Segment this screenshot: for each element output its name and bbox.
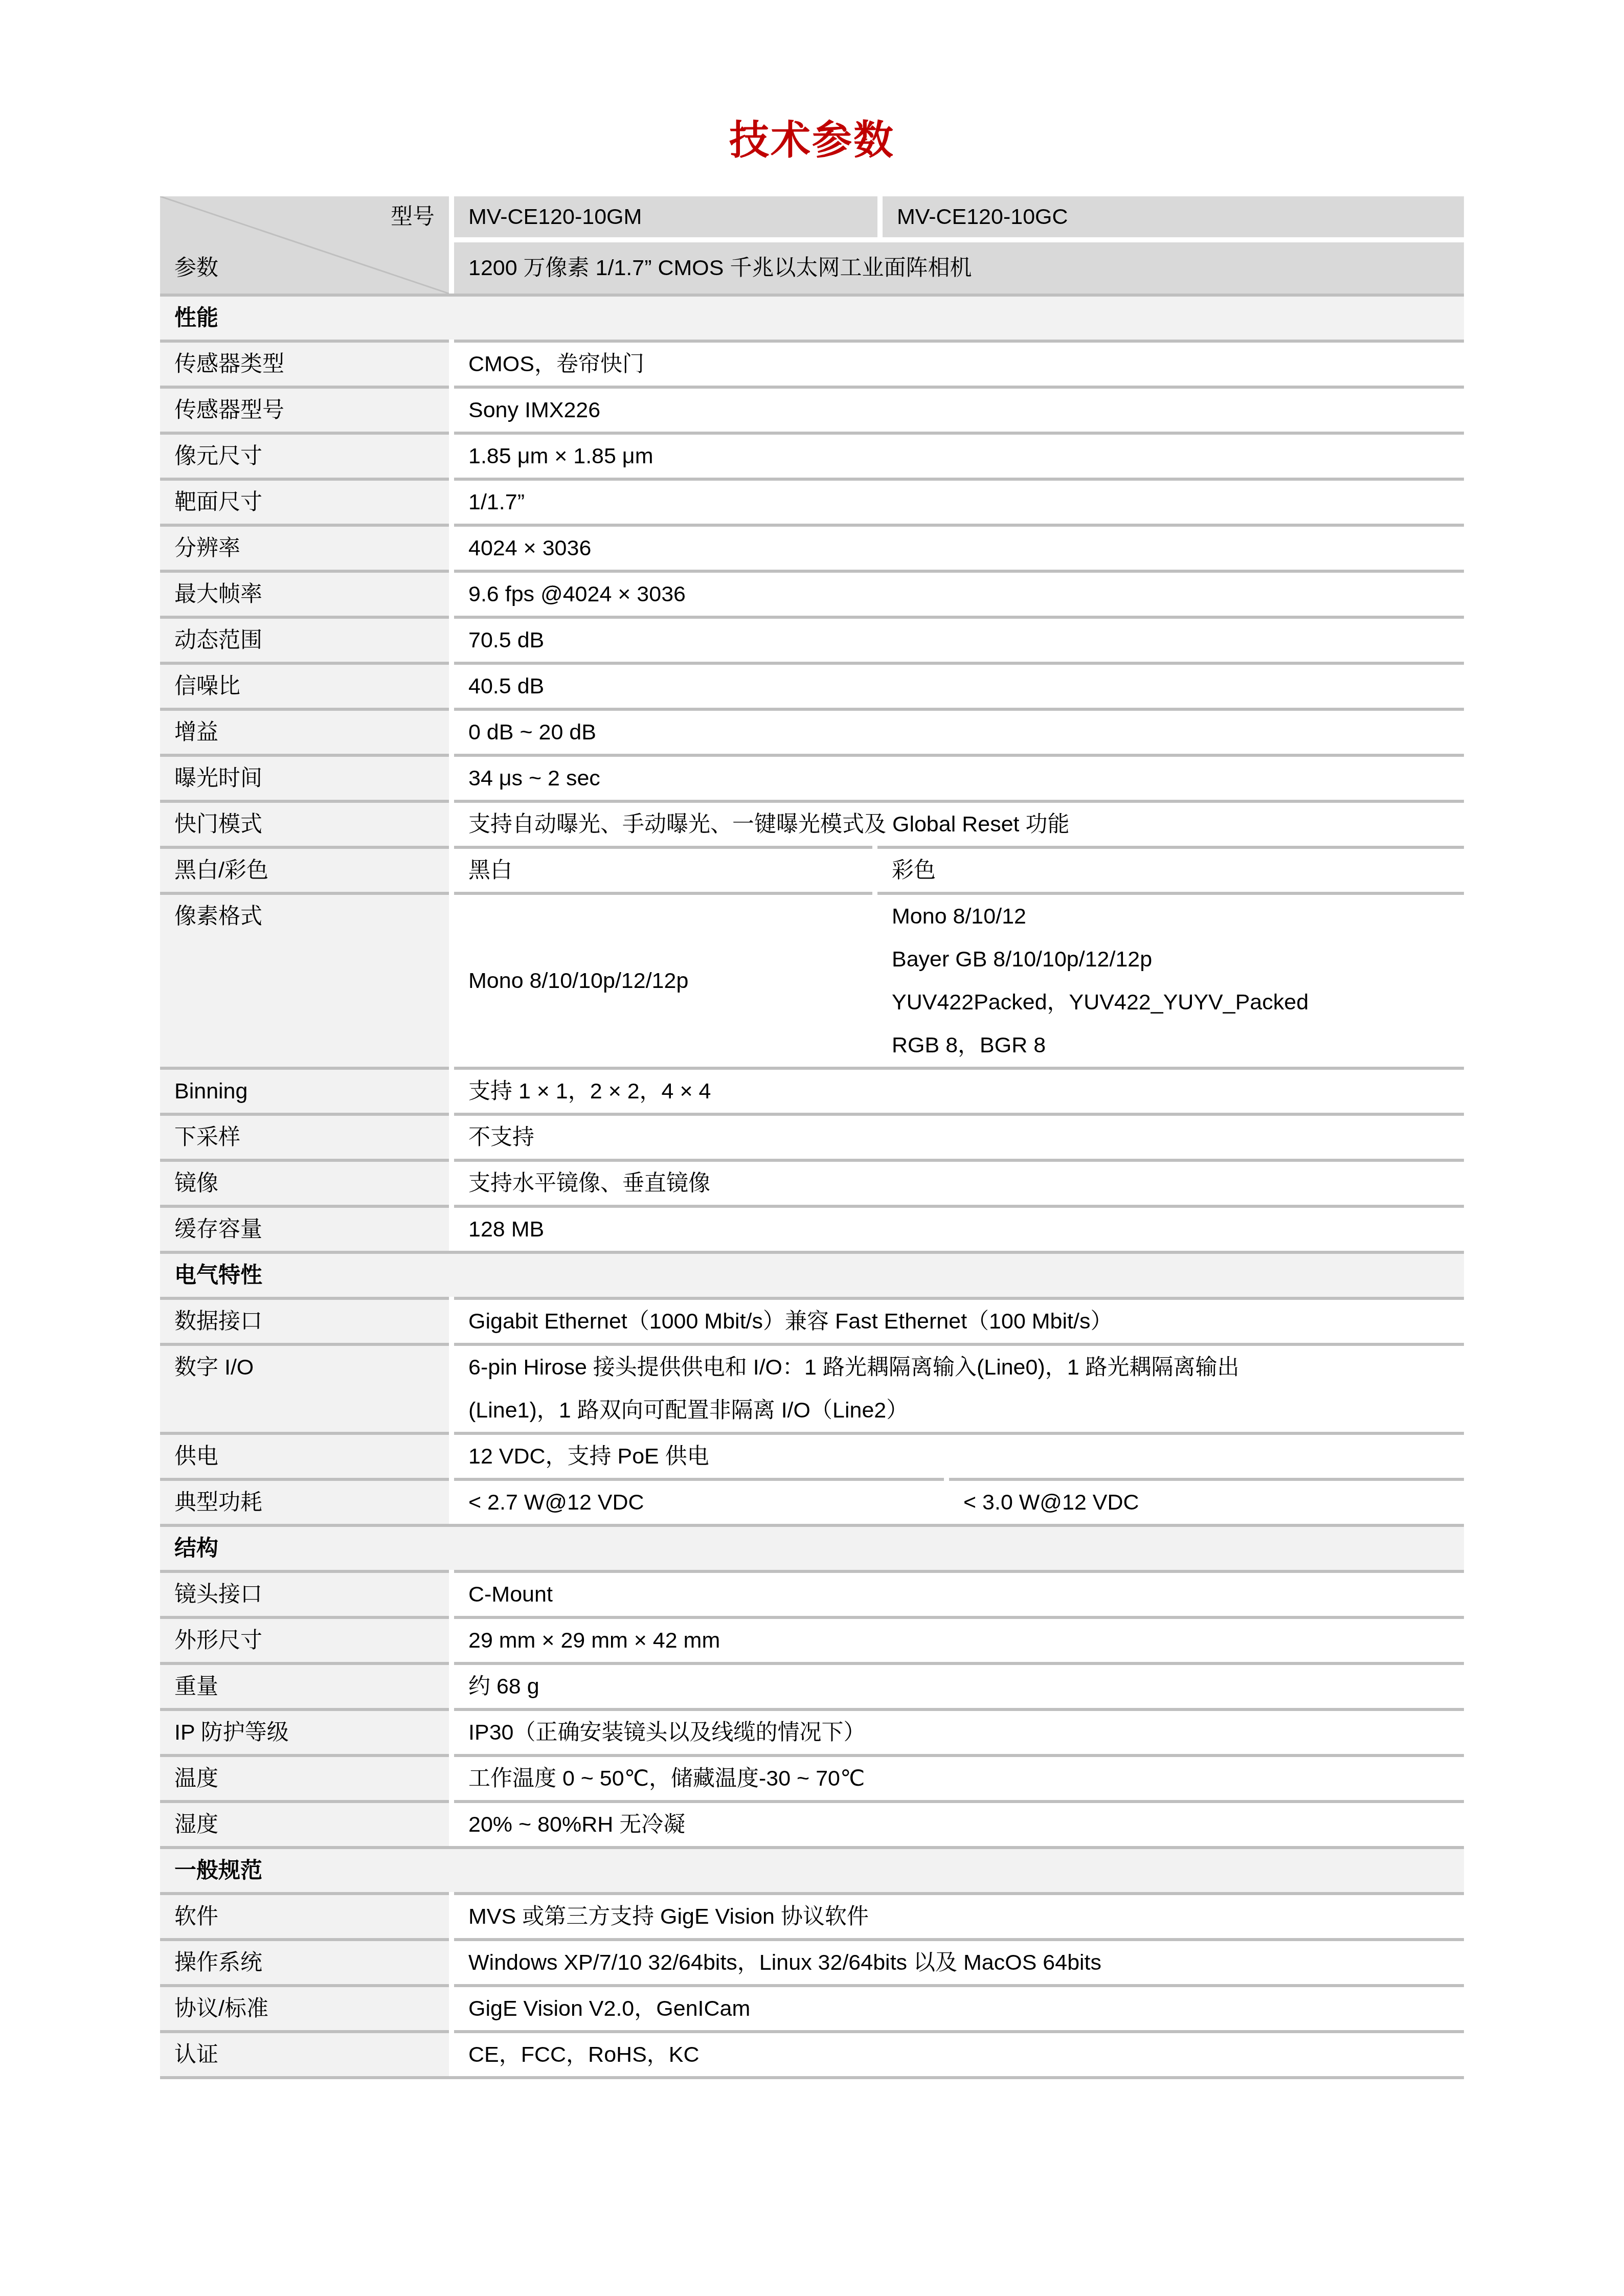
header-corner-cell: 型号 参数 — [160, 196, 449, 294]
section-title: 电气特性 — [160, 1251, 1464, 1297]
row-value-line: RGB 8，BGR 8 — [892, 1024, 1450, 1067]
row-value: 34 μs ~ 2 sec — [454, 754, 1464, 800]
row-label: 温度 — [160, 1754, 449, 1800]
page-title: 技术参数 — [0, 0, 1624, 169]
table-row: 镜像支持水平镜像、垂直镜像 — [160, 1159, 1464, 1205]
table-row: 信噪比40.5 dB — [160, 662, 1464, 708]
row-value-right: < 3.0 W@12 VDC — [949, 1478, 1464, 1524]
row-value: 0 dB ~ 20 dB — [454, 708, 1464, 754]
row-value: 4024 × 3036 — [454, 524, 1464, 570]
spec-table: 型号 参数 MV-CE120-10GM MV-CE120-10GC 1200 万… — [160, 196, 1464, 2079]
row-value-right: 彩色 — [877, 846, 1464, 892]
table-row: 曝光时间34 μs ~ 2 sec — [160, 754, 1464, 800]
row-label: 最大帧率 — [160, 570, 449, 616]
row-label: 快门模式 — [160, 800, 449, 846]
row-value: 70.5 dB — [454, 616, 1464, 662]
row-label: 重量 — [160, 1662, 449, 1708]
model-name-cell-gc: MV-CE120-10GC — [883, 196, 1464, 237]
row-label: 外形尺寸 — [160, 1616, 449, 1662]
row-value: 约 68 g — [454, 1662, 1464, 1708]
row-value: 128 MB — [454, 1205, 1464, 1251]
table-row: 传感器类型CMOS，卷帘快门 — [160, 340, 1464, 386]
row-label: 传感器类型 — [160, 340, 449, 386]
row-value: C-Mount — [454, 1570, 1464, 1616]
row-value-left: 黑白 — [454, 846, 872, 892]
row-value: 29 mm × 29 mm × 42 mm — [454, 1616, 1464, 1662]
row-label: 靶面尺寸 — [160, 478, 449, 524]
row-label: 数字 I/O — [160, 1343, 449, 1432]
row-label: 镜头接口 — [160, 1570, 449, 1616]
table-row: 镜头接口C-Mount — [160, 1570, 1464, 1616]
table-row: 快门模式支持自动曝光、手动曝光、一键曝光模式及 Global Reset 功能 — [160, 800, 1464, 846]
row-label: 湿度 — [160, 1800, 449, 1846]
row-value-line: 6-pin Hirose 接头提供供电和 I/O：1 路光耦隔离输入(Line0… — [468, 1346, 1450, 1389]
row-value: 9.6 fps @4024 × 3036 — [454, 570, 1464, 616]
row-value: 支持自动曝光、手动曝光、一键曝光模式及 Global Reset 功能 — [454, 800, 1464, 846]
table-row: 温度工作温度 0 ~ 50℃，储藏温度-30 ~ 70℃ — [160, 1754, 1464, 1800]
corner-param-label: 参数 — [174, 242, 218, 294]
row-label: 数据接口 — [160, 1297, 449, 1343]
row-value-line: Mono 8/10/12 — [892, 895, 1450, 938]
row-value: Windows XP/7/10 32/64bits，Linux 32/64bit… — [454, 1938, 1464, 1984]
section-title: 性能 — [160, 294, 1464, 340]
table-body: 性能传感器类型CMOS，卷帘快门传感器型号Sony IMX226像元尺寸1.85… — [160, 294, 1464, 2079]
row-label: 认证 — [160, 2030, 449, 2076]
row-value-left: < 2.7 W@12 VDC — [454, 1478, 944, 1524]
row-label: 动态范围 — [160, 616, 449, 662]
section-title: 结构 — [160, 1524, 1464, 1570]
row-value: 40.5 dB — [454, 662, 1464, 708]
table-row: 外形尺寸29 mm × 29 mm × 42 mm — [160, 1616, 1464, 1662]
table-row: 像素格式Mono 8/10/10p/12/12pMono 8/10/12Baye… — [160, 892, 1464, 1067]
table-row: 重量约 68 g — [160, 1662, 1464, 1708]
row-label: 像素格式 — [160, 892, 449, 1067]
row-label: IP 防护等级 — [160, 1708, 449, 1754]
section-title: 一般规范 — [160, 1846, 1464, 1892]
row-value: Sony IMX226 — [454, 386, 1464, 432]
row-value-right: Mono 8/10/12Bayer GB 8/10/10p/12/12pYUV4… — [877, 892, 1464, 1067]
table-row: 下采样不支持 — [160, 1113, 1464, 1159]
row-value: 1.85 μm × 1.85 μm — [454, 432, 1464, 478]
row-value-line: Bayer GB 8/10/10p/12/12p — [892, 938, 1450, 981]
row-value-line: YUV422Packed，YUV422_YUYV_Packed — [892, 981, 1450, 1024]
table-row: 分辨率4024 × 3036 — [160, 524, 1464, 570]
row-label: 典型功耗 — [160, 1478, 449, 1524]
corner-model-label: 型号 — [391, 196, 435, 237]
row-label: 协议/标准 — [160, 1984, 449, 2030]
row-value: CE，FCC，RoHS，KC — [454, 2030, 1464, 2076]
row-value-left: Mono 8/10/10p/12/12p — [454, 892, 872, 1067]
table-row: 传感器型号Sony IMX226 — [160, 386, 1464, 432]
row-value: 工作温度 0 ~ 50℃，储藏温度-30 ~ 70℃ — [454, 1754, 1464, 1800]
table-row: 典型功耗< 2.7 W@12 VDC< 3.0 W@12 VDC — [160, 1478, 1464, 1524]
row-label: 分辨率 — [160, 524, 449, 570]
table-section-row: 电气特性 — [160, 1251, 1464, 1297]
spec-sheet-page: { "page": { "title": "技术参数" }, "colors":… — [0, 0, 1624, 2296]
table-row: 软件MVS 或第三方支持 GigE Vision 协议软件 — [160, 1892, 1464, 1938]
row-label: 像元尺寸 — [160, 432, 449, 478]
camera-description-cell: 1200 万像素 1/1.7” CMOS 千兆以太网工业面阵相机 — [454, 242, 1464, 294]
row-label: 缓存容量 — [160, 1205, 449, 1251]
table-row: 缓存容量128 MB — [160, 1205, 1464, 1251]
table-row: 黑白/彩色黑白彩色 — [160, 846, 1464, 892]
table-row: 数据接口Gigabit Ethernet（1000 Mbit/s）兼容 Fast… — [160, 1297, 1464, 1343]
row-value-text: Mono 8/10/10p/12/12p — [468, 966, 688, 995]
row-value: Gigabit Ethernet（1000 Mbit/s）兼容 Fast Eth… — [454, 1297, 1464, 1343]
row-label: 信噪比 — [160, 662, 449, 708]
row-value: 不支持 — [454, 1113, 1464, 1159]
row-label: 曝光时间 — [160, 754, 449, 800]
table-row: 动态范围70.5 dB — [160, 616, 1464, 662]
table-row: 最大帧率9.6 fps @4024 × 3036 — [160, 570, 1464, 616]
table-row: IP 防护等级IP30（正确安装镜头以及线缆的情况下） — [160, 1708, 1464, 1754]
row-value: CMOS，卷帘快门 — [454, 340, 1464, 386]
table-row: 认证CE，FCC，RoHS，KC — [160, 2030, 1464, 2076]
table-row: 靶面尺寸1/1.7” — [160, 478, 1464, 524]
table-section-row: 结构 — [160, 1524, 1464, 1570]
row-label: 下采样 — [160, 1113, 449, 1159]
row-value: 1/1.7” — [454, 478, 1464, 524]
row-label: 供电 — [160, 1432, 449, 1478]
row-label: Binning — [160, 1067, 449, 1113]
row-label: 软件 — [160, 1892, 449, 1938]
table-row: 像元尺寸1.85 μm × 1.85 μm — [160, 432, 1464, 478]
row-label: 镜像 — [160, 1159, 449, 1205]
row-value: 支持水平镜像、垂直镜像 — [454, 1159, 1464, 1205]
row-value: IP30（正确安装镜头以及线缆的情况下） — [454, 1708, 1464, 1754]
row-value: MVS 或第三方支持 GigE Vision 协议软件 — [454, 1892, 1464, 1938]
row-value: 12 VDC，支持 PoE 供电 — [454, 1432, 1464, 1478]
row-label: 黑白/彩色 — [160, 846, 449, 892]
model-name-cell-gm: MV-CE120-10GM — [454, 196, 877, 237]
row-value: 6-pin Hirose 接头提供供电和 I/O：1 路光耦隔离输入(Line0… — [454, 1343, 1464, 1432]
row-value: GigE Vision V2.0，GenICam — [454, 1984, 1464, 2030]
table-row: 增益0 dB ~ 20 dB — [160, 708, 1464, 754]
row-value: 20% ~ 80%RH 无冷凝 — [454, 1800, 1464, 1846]
table-row: Binning支持 1 × 1，2 × 2，4 × 4 — [160, 1067, 1464, 1113]
table-section-row: 性能 — [160, 294, 1464, 340]
row-label: 增益 — [160, 708, 449, 754]
row-value-line: (Line1)，1 路双向可配置非隔离 I/O（Line2） — [468, 1389, 1450, 1432]
table-row: 湿度20% ~ 80%RH 无冷凝 — [160, 1800, 1464, 1846]
row-label: 传感器型号 — [160, 386, 449, 432]
row-value: 支持 1 × 1，2 × 2，4 × 4 — [454, 1067, 1464, 1113]
table-section-row: 一般规范 — [160, 1846, 1464, 1892]
table-header: 型号 参数 MV-CE120-10GM MV-CE120-10GC 1200 万… — [160, 196, 1464, 294]
table-row: 数字 I/O6-pin Hirose 接头提供供电和 I/O：1 路光耦隔离输入… — [160, 1343, 1464, 1432]
table-row: 供电12 VDC，支持 PoE 供电 — [160, 1432, 1464, 1478]
table-row: 操作系统Windows XP/7/10 32/64bits，Linux 32/6… — [160, 1938, 1464, 1984]
row-label: 操作系统 — [160, 1938, 449, 1984]
table-row: 协议/标准GigE Vision V2.0，GenICam — [160, 1984, 1464, 2030]
